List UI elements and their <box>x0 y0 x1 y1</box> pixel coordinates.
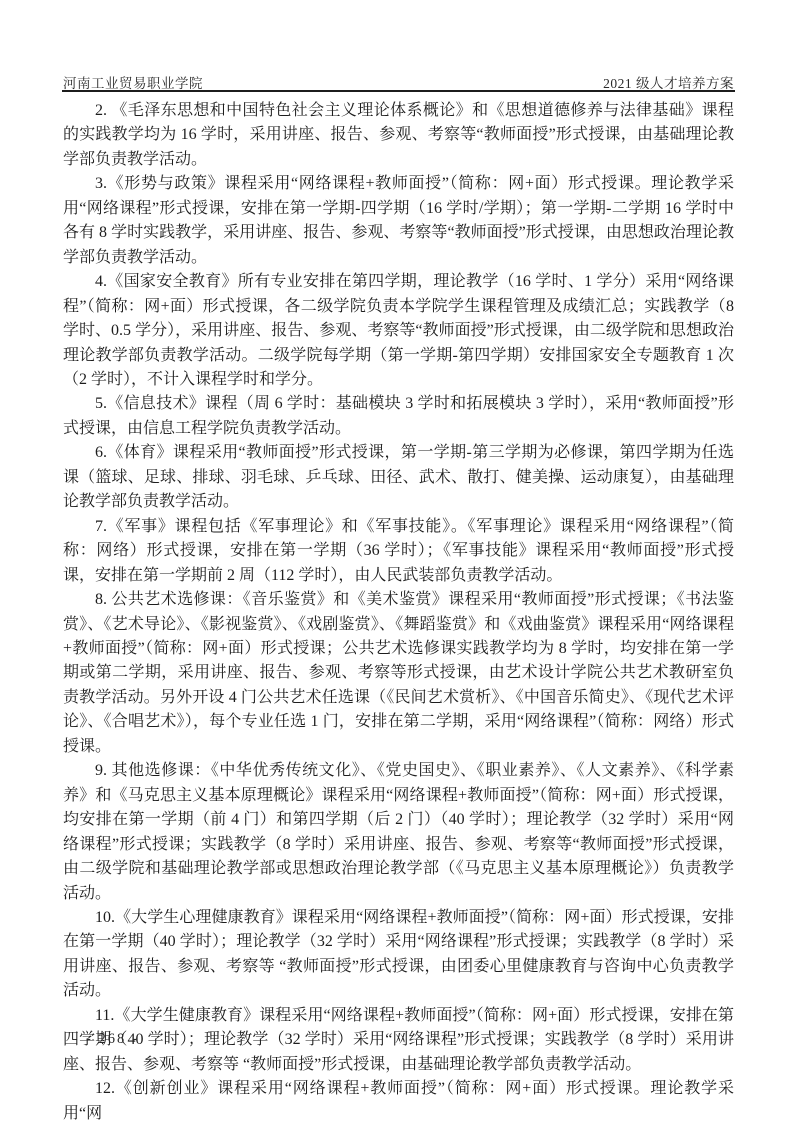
header-divider <box>62 90 735 92</box>
header-plan-title: 2021 级人才培养方案 <box>603 72 734 92</box>
header-school-name: 河南工业贸易职业学院 <box>63 72 203 92</box>
paragraph-item-8: 8. 公共艺术选修课：《音乐鉴赏》和《美术鉴赏》课程采用“教师面授”形式授课；《… <box>63 588 734 759</box>
paragraph-item-11: 11.《大学生健康教育》课程采用“网络课程+教师面授”（简称：网+面）形式授课，… <box>63 1004 734 1077</box>
paragraph-item-6: 6.《体育》课程采用“教师面授”形式授课，第一学期-第三学期为必修课，第四学期为… <box>63 441 734 514</box>
paragraph-item-9: 9. 其他选修课：《中华优秀传统文化》、《党史国史》、《职业素养》、《人文素养》… <box>63 759 734 906</box>
paragraph-item-5: 5.《信息技术》课程（周 6 学时：基础模块 3 学时和拓展模块 3 学时），采… <box>63 392 734 441</box>
page-footer: - 268 - <box>86 1031 139 1048</box>
document-body: 2. 《毛泽东思想和中国特色社会主义理论体系概论》和《思想道德修养与法律基础》课… <box>63 99 734 1122</box>
page-number: - 268 - <box>86 1031 139 1047</box>
paragraph-item-10: 10.《大学生心理健康教育》课程采用“网络课程+教师面授”（简称：网+面）形式授… <box>63 906 734 1004</box>
paragraph-item-2: 2. 《毛泽东思想和中国特色社会主义理论体系概论》和《思想道德修养与法律基础》课… <box>63 99 734 172</box>
paragraph-item-12: 12.《创新创业》课程采用“网络课程+教师面授”（简称：网+面）形式授课。理论教… <box>63 1077 734 1122</box>
paragraph-item-7: 7.《军事》课程包括《军事理论》和《军事技能》。《军事理论》课程采用“网络课程”… <box>63 515 734 588</box>
paragraph-item-3: 3.《形势与政策》课程采用“网络课程+教师面授”（简称：网+面）形式授课。理论教… <box>63 172 734 270</box>
page-header: 河南工业贸易职业学院 2021 级人才培养方案 <box>63 72 734 92</box>
paragraph-item-4: 4.《国家安全教育》所有专业安排在第四学期，理论教学（16 学时、1 学分）采用… <box>63 270 734 392</box>
document-page: 河南工业贸易职业学院 2021 级人才培养方案 2. 《毛泽东思想和中国特色社会… <box>0 0 793 1122</box>
